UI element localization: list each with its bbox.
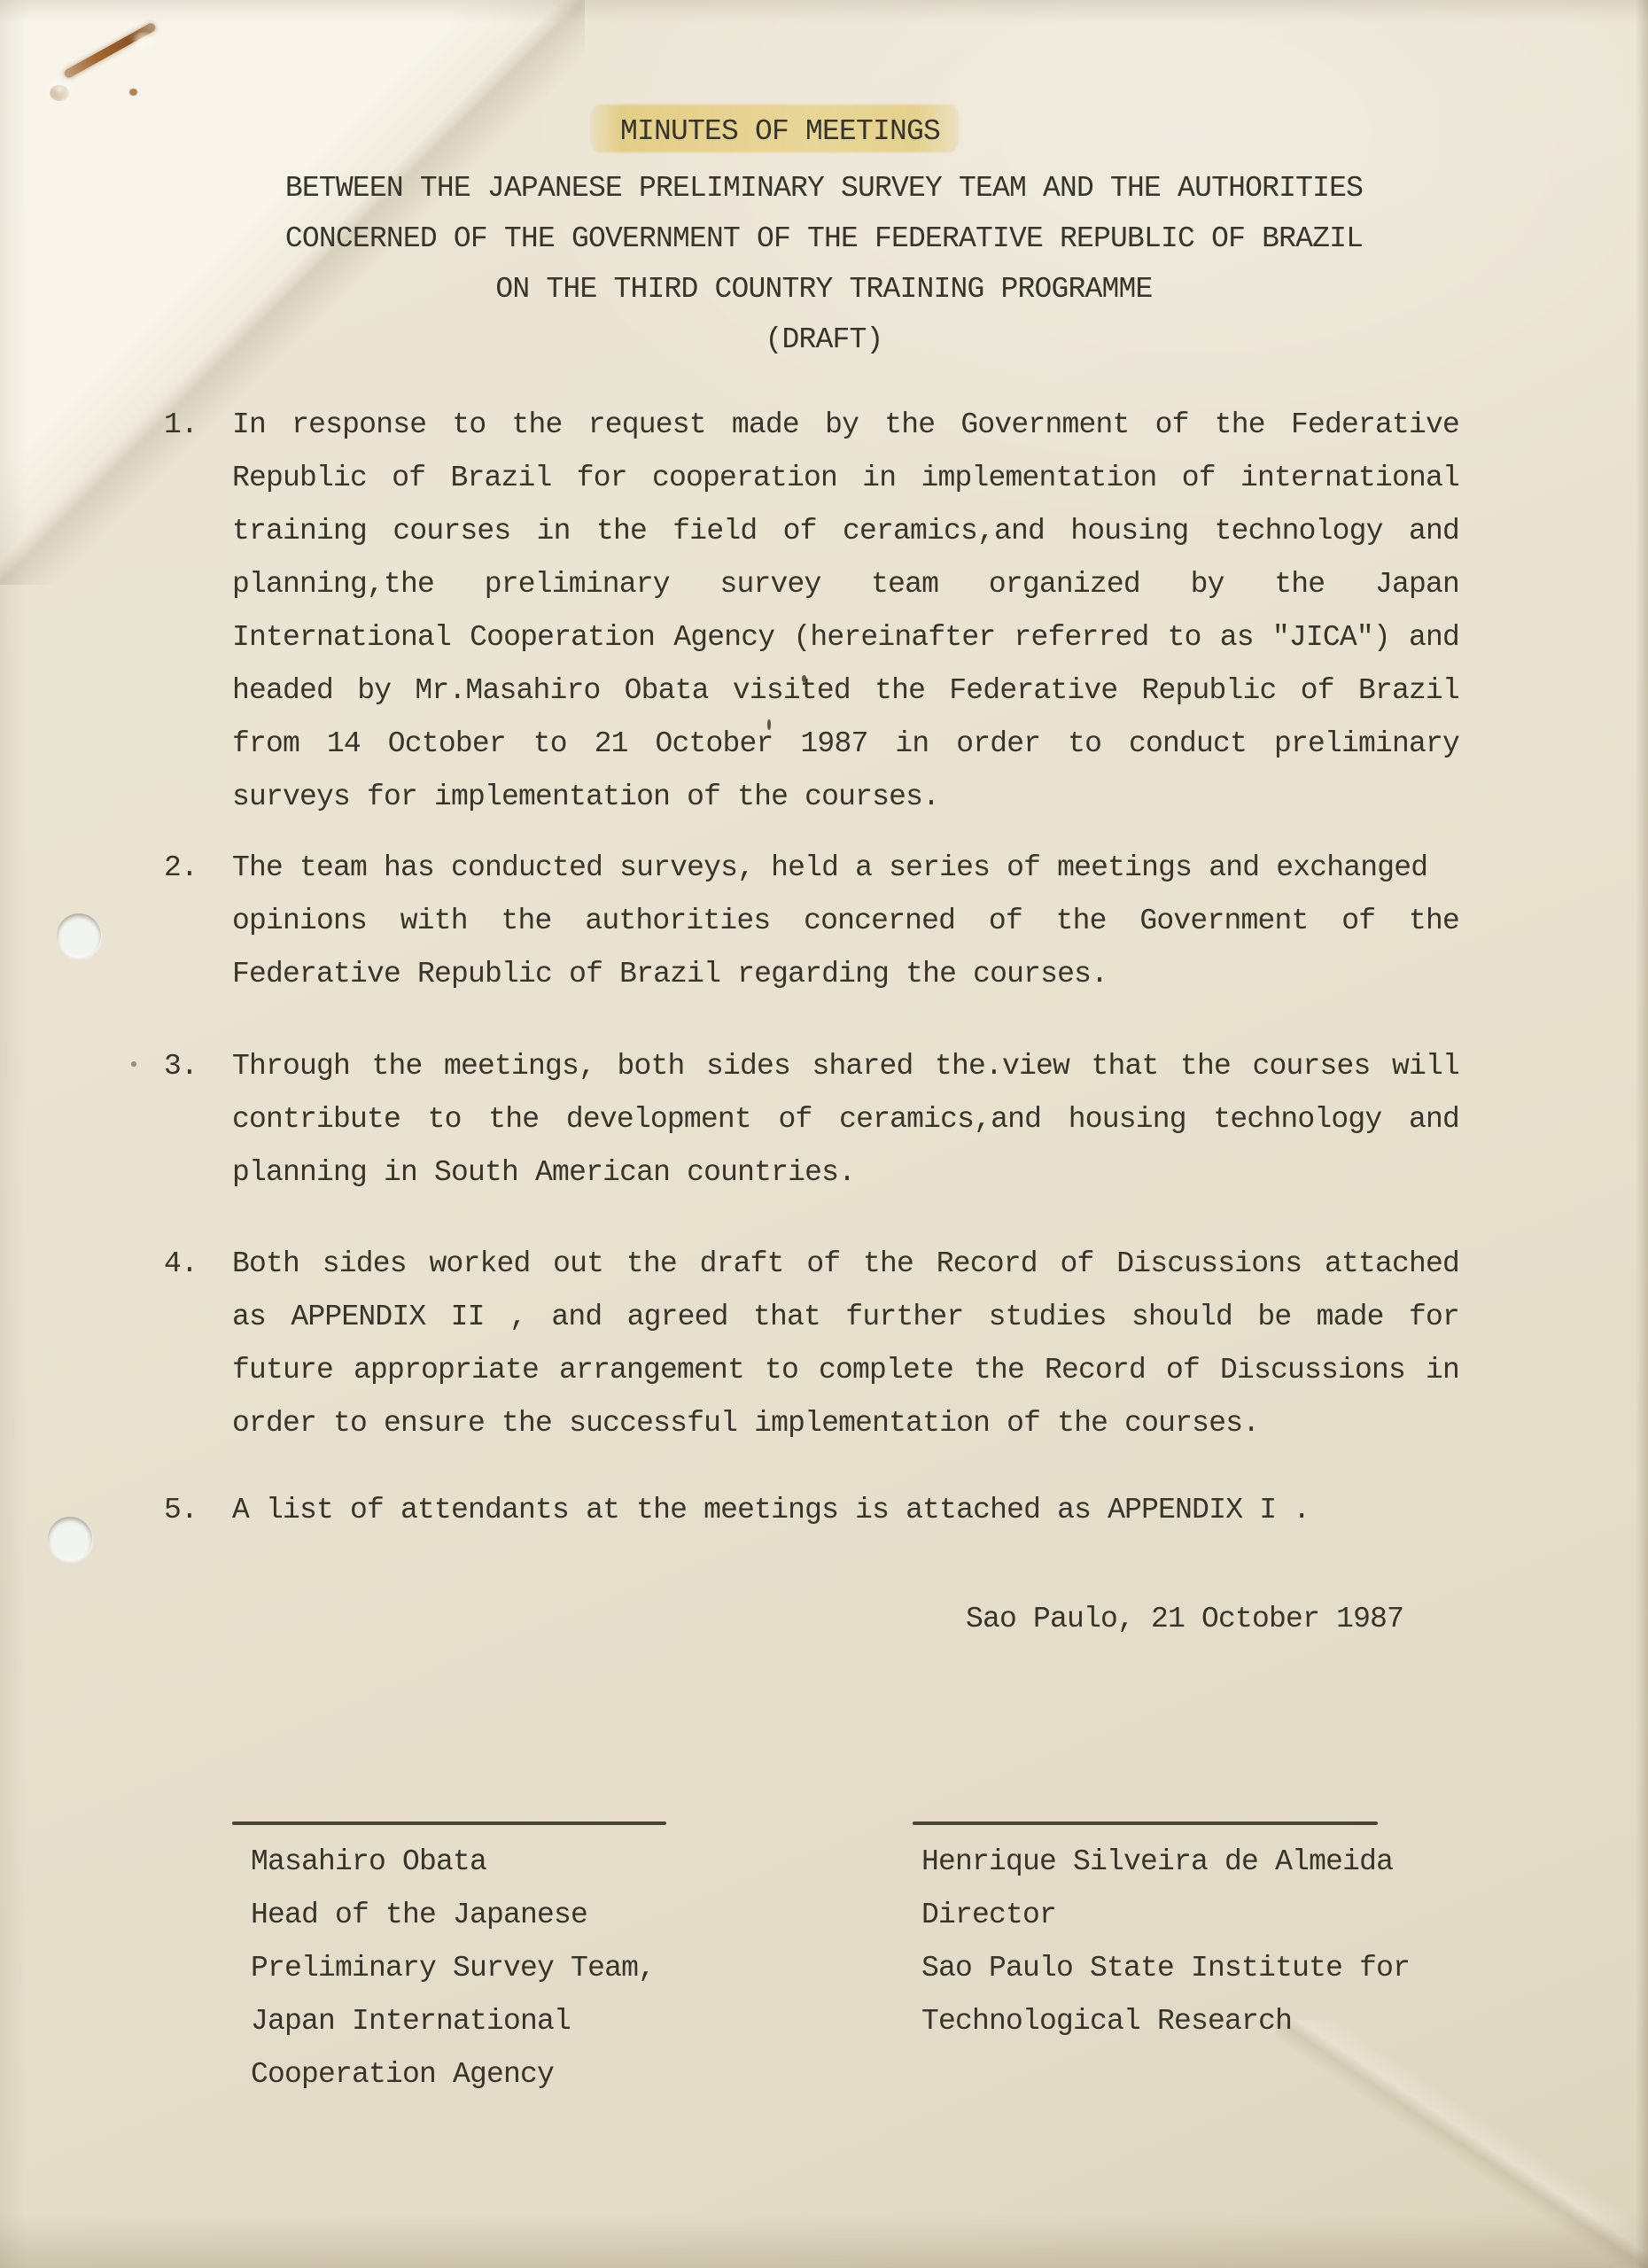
paragraph-3: 3. Through the meetings, both sides shar…: [164, 1040, 1459, 1200]
hole-punch-top: [57, 913, 101, 958]
signature-line: Head of the Japanese: [251, 1889, 655, 1942]
scanned-document-page: MINUTES OF MEETINGS BETWEEN THE JAPANESE…: [0, 0, 1648, 2268]
paragraph-2: 2. The team has conducted surveys, held …: [164, 842, 1459, 1001]
signature-line: Japan International: [251, 1995, 655, 2048]
body-line: from 14 October to 21 October 1987 in or…: [232, 718, 1459, 771]
subtitle-line: BETWEEN THE JAPANESE PRELIMINARY SURVEY …: [133, 163, 1515, 214]
signature-line: Director: [921, 1889, 1410, 1942]
signature-line: Henrique Silveira de Almeida: [921, 1836, 1410, 1889]
body-line: training courses in the field of ceramic…: [232, 505, 1459, 558]
paragraph-number: 5.: [164, 1484, 198, 1537]
rust-speck: [129, 89, 137, 96]
body-line: future appropriate arrangement to comple…: [232, 1344, 1459, 1397]
torn-paper-patch: [44, 78, 74, 101]
body-line: Both sides worked out the draft of the R…: [232, 1238, 1459, 1291]
paragraph-number: 4.: [164, 1238, 198, 1291]
body-line: order to ensure the successful implement…: [232, 1397, 1459, 1450]
paragraph-number: 3.: [164, 1040, 198, 1093]
body-line: The team has conducted surveys, held a s…: [232, 842, 1459, 895]
signature-rule-left: [232, 1821, 666, 1825]
body-line: contribute to the development of ceramic…: [232, 1093, 1459, 1146]
subtitle-line: ON THE THIRD COUNTRY TRAINING PROGRAMME: [133, 264, 1515, 315]
hole-punch-bottom: [48, 1517, 92, 1561]
body-line: headed by Mr.Masahiro Obata visited the …: [232, 664, 1459, 718]
paragraph-number: 1.: [164, 399, 198, 452]
body-line: opinions with the authorities concerned …: [232, 895, 1459, 948]
document-subtitle: BETWEEN THE JAPANESE PRELIMINARY SURVEY …: [133, 163, 1515, 365]
torn-paper-patch: [131, 32, 156, 51]
ink-speck: [131, 1061, 136, 1067]
paper-bottom-right-crease: [1276, 2020, 1648, 2268]
signature-block-left: Masahiro Obata Head of the Japanese Prel…: [251, 1836, 655, 2101]
body-line: Through the meetings, both sides shared …: [232, 1040, 1459, 1093]
body-line: planning in South American countries.: [232, 1146, 1459, 1200]
body-line: surveys for implementation of the course…: [232, 771, 1459, 824]
subtitle-line: CONCERNED OF THE GOVERNMENT OF THE FEDER…: [133, 214, 1515, 264]
signature-block-right: Henrique Silveira de Almeida Director Sa…: [921, 1836, 1410, 2048]
subtitle-line: (DRAFT): [133, 315, 1515, 365]
signature-line: Masahiro Obata: [251, 1836, 655, 1889]
paragraph-5: 5. A list of attendants at the meetings …: [164, 1484, 1459, 1537]
signature-line: Preliminary Survey Team,: [251, 1942, 655, 1995]
body-line: Federative Republic of Brazil regarding …: [232, 948, 1459, 1001]
body-line: planning,the preliminary survey team org…: [232, 558, 1459, 611]
paragraph-1: 1. In response to the request made by th…: [164, 399, 1459, 824]
page-title: MINUTES OF MEETINGS: [620, 106, 940, 157]
body-line: Republic of Brazil for cooperation in im…: [232, 452, 1459, 505]
paragraph-4: 4. Both sides worked out the draft of th…: [164, 1238, 1459, 1450]
signature-line: Technological Research: [921, 1995, 1410, 2048]
body-line: International Cooperation Agency (herein…: [232, 611, 1459, 664]
signature-line: Cooperation Agency: [251, 2048, 655, 2101]
signature-line: Sao Paulo State Institute for: [921, 1942, 1410, 1995]
body-line: A list of attendants at the meetings is …: [232, 1484, 1459, 1537]
signature-rule-right: [913, 1821, 1378, 1825]
paragraph-number: 2.: [164, 842, 198, 895]
dateline: Sao Paulo, 21 October 1987: [966, 1593, 1403, 1646]
body-line: as APPENDIX II , and agreed that further…: [232, 1291, 1459, 1344]
body-line: In response to the request made by the G…: [232, 399, 1459, 452]
